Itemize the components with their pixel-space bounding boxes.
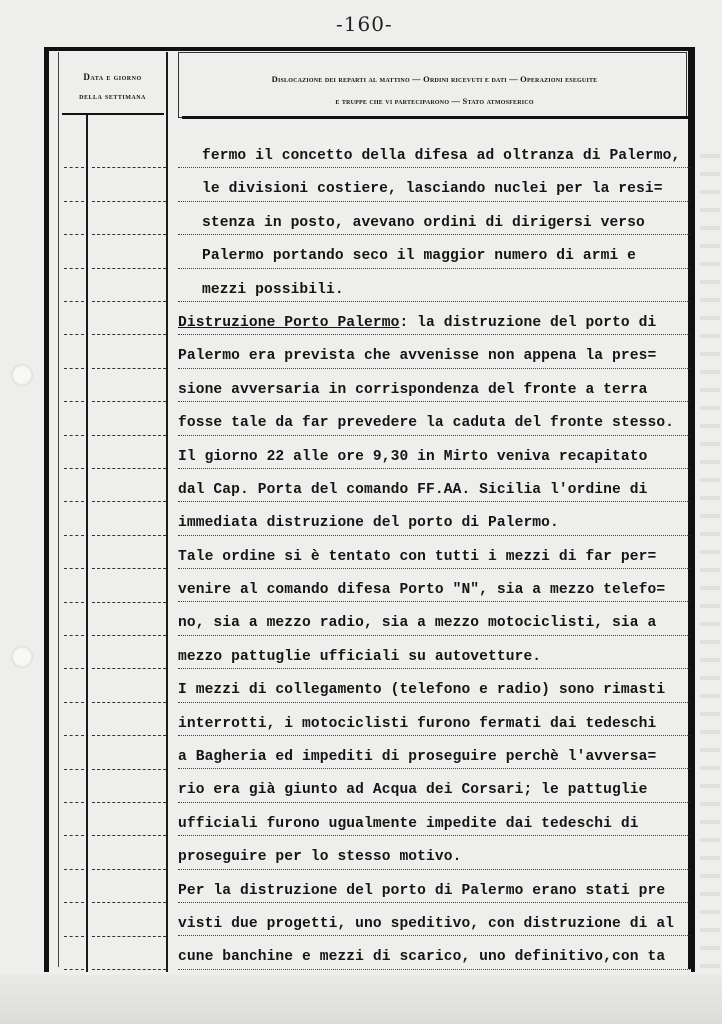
date-row-line [62, 468, 162, 469]
line-text: Palermo era prevista che avvenisse non a… [178, 348, 656, 364]
date-row-line [62, 802, 162, 803]
line-text: I mezzi di collegamento (telefono e radi… [178, 682, 665, 698]
date-row-line [62, 167, 162, 168]
line-text: rio era già giunto ad Acqua dei Corsari;… [178, 782, 647, 798]
typed-line: dal Cap. Porta del comando FF.AA. Sicili… [178, 474, 690, 507]
header-content-column: Dislocazione dei reparti al mattino — Or… [182, 68, 687, 112]
typed-line: Palermo portando seco il maggior numero … [178, 240, 690, 273]
typed-line: ufficiali furono ugualmente impedite dai… [178, 808, 690, 841]
line-text: mezzo pattuglie ufficiali su autovetture… [178, 649, 541, 665]
punch-hole [11, 646, 33, 668]
line-text: visti due progetti, uno speditivo, con d… [178, 916, 674, 932]
typed-line: Tale ordine si è tentato con tutti i mez… [178, 541, 690, 574]
punch-hole [11, 364, 33, 386]
date-row-line [62, 936, 162, 937]
date-row-line [62, 869, 162, 870]
paper-edge-stain [700, 140, 720, 970]
typed-line: rio era già giunto ad Acqua dei Corsari;… [178, 774, 690, 807]
line-text: interrotti, i motociclisti furono fermat… [178, 716, 656, 732]
typed-line: mezzo pattuglie ufficiali su autovetture… [178, 641, 690, 674]
line-text: mezzi possibili. [202, 282, 344, 298]
date-row-line [62, 668, 162, 669]
typed-line: Palermo era prevista che avvenisse non a… [178, 340, 690, 373]
date-row-line [62, 702, 162, 703]
typed-line: a Bagheria ed impediti di proseguire per… [178, 741, 690, 774]
column-separator [166, 52, 168, 972]
date-row-line [62, 635, 162, 636]
line-text: dal Cap. Porta del comando FF.AA. Sicili… [178, 482, 647, 498]
line-text: a Bagheria ed impediti di proseguire per… [178, 749, 656, 765]
header-content-line1: Dislocazione dei reparti al mattino — Or… [182, 68, 687, 90]
typed-line: mezzi possibili. [178, 274, 690, 307]
date-column-separator [86, 115, 88, 972]
date-row-line [62, 835, 162, 836]
date-row-line [62, 268, 162, 269]
header-content-line2: e truppe che vi parteciparono — Stato at… [182, 90, 687, 112]
typed-line: visti due progetti, uno speditivo, con d… [178, 908, 690, 941]
date-row-line [62, 301, 162, 302]
frame-inner-line [58, 52, 59, 967]
line-text: fosse tale da far prevedere la caduta de… [178, 415, 674, 431]
date-row-line [62, 969, 162, 970]
typed-line: le divisioni costiere, lasciando nuclei … [178, 173, 690, 206]
typed-line: I mezzi di collegamento (telefono e radi… [178, 674, 690, 707]
typed-line: venire al comando difesa Porto "N", sia … [178, 574, 690, 607]
line-text: immediata distruzione del porto di Paler… [178, 515, 559, 531]
typed-line: proseguire per lo stesso motivo. [178, 841, 690, 874]
date-row-line [62, 769, 162, 770]
line-text: venire al comando difesa Porto "N", sia … [178, 582, 665, 598]
typed-line: no, sia a mezzo radio, sia a mezzo motoc… [178, 607, 690, 640]
line-text: Palermo portando seco il maggior numero … [202, 248, 636, 264]
line-text: proseguire per lo stesso motivo. [178, 849, 461, 865]
line-text: fermo il concetto della difesa ad oltran… [202, 148, 680, 164]
line-text: cune banchine e mezzi di scarico, uno de… [178, 949, 665, 965]
typed-line: fermo il concetto della difesa ad oltran… [178, 140, 690, 173]
date-row-line [62, 535, 162, 536]
typed-line: Il giorno 22 alle ore 9,30 in Mirto veni… [178, 441, 690, 474]
date-row-line [62, 501, 162, 502]
header-date-column: Data e giorno della settimana [60, 68, 165, 106]
date-row-line [62, 435, 162, 436]
line-text: : la distruzione del porto di [399, 315, 656, 331]
typed-line: stenza in posto, avevano ordini di dirig… [178, 207, 690, 240]
line-text: stenza in posto, avevano ordini di dirig… [202, 215, 645, 231]
page-number: -160- [336, 12, 393, 36]
date-row-line [62, 368, 162, 369]
date-row-line [62, 234, 162, 235]
date-row-line [62, 401, 162, 402]
line-text: Tale ordine si è tentato con tutti i mez… [178, 549, 656, 565]
line-text: Per la distruzione del porto di Palermo … [178, 883, 665, 899]
header-date-line1: Data e giorno [60, 68, 165, 87]
date-row-line [62, 902, 162, 903]
section-heading: Distruzione Porto Palermo [178, 315, 399, 331]
date-row-line [62, 568, 162, 569]
typed-line: Distruzione Porto Palermo: la distruzion… [178, 307, 690, 340]
date-row-line [62, 602, 162, 603]
date-row-line [62, 201, 162, 202]
header-rule-left [62, 113, 164, 115]
date-row-line [62, 735, 162, 736]
line-text: ufficiali furono ugualmente impedite dai… [178, 816, 639, 832]
header-rule-right [182, 116, 688, 119]
document-body: fermo il concetto della difesa ad oltran… [178, 140, 690, 975]
typed-line: cune banchine e mezzi di scarico, uno de… [178, 941, 690, 974]
typed-line: immediata distruzione del porto di Paler… [178, 507, 690, 540]
line-text: le divisioni costiere, lasciando nuclei … [202, 181, 663, 197]
line-text: sione avversaria in corrispondenza del f… [178, 382, 647, 398]
line-text: Il giorno 22 alle ore 9,30 in Mirto veni… [178, 449, 647, 465]
typed-line: sione avversaria in corrispondenza del f… [178, 374, 690, 407]
typed-line: interrotti, i motociclisti furono fermat… [178, 708, 690, 741]
paper-bottom-margin [0, 975, 722, 1024]
typed-line: fosse tale da far prevedere la caduta de… [178, 407, 690, 440]
date-row-line [62, 334, 162, 335]
header-date-line2: della settimana [60, 87, 165, 106]
line-text: no, sia a mezzo radio, sia a mezzo motoc… [178, 615, 656, 631]
typed-line: Per la distruzione del porto di Palermo … [178, 875, 690, 908]
